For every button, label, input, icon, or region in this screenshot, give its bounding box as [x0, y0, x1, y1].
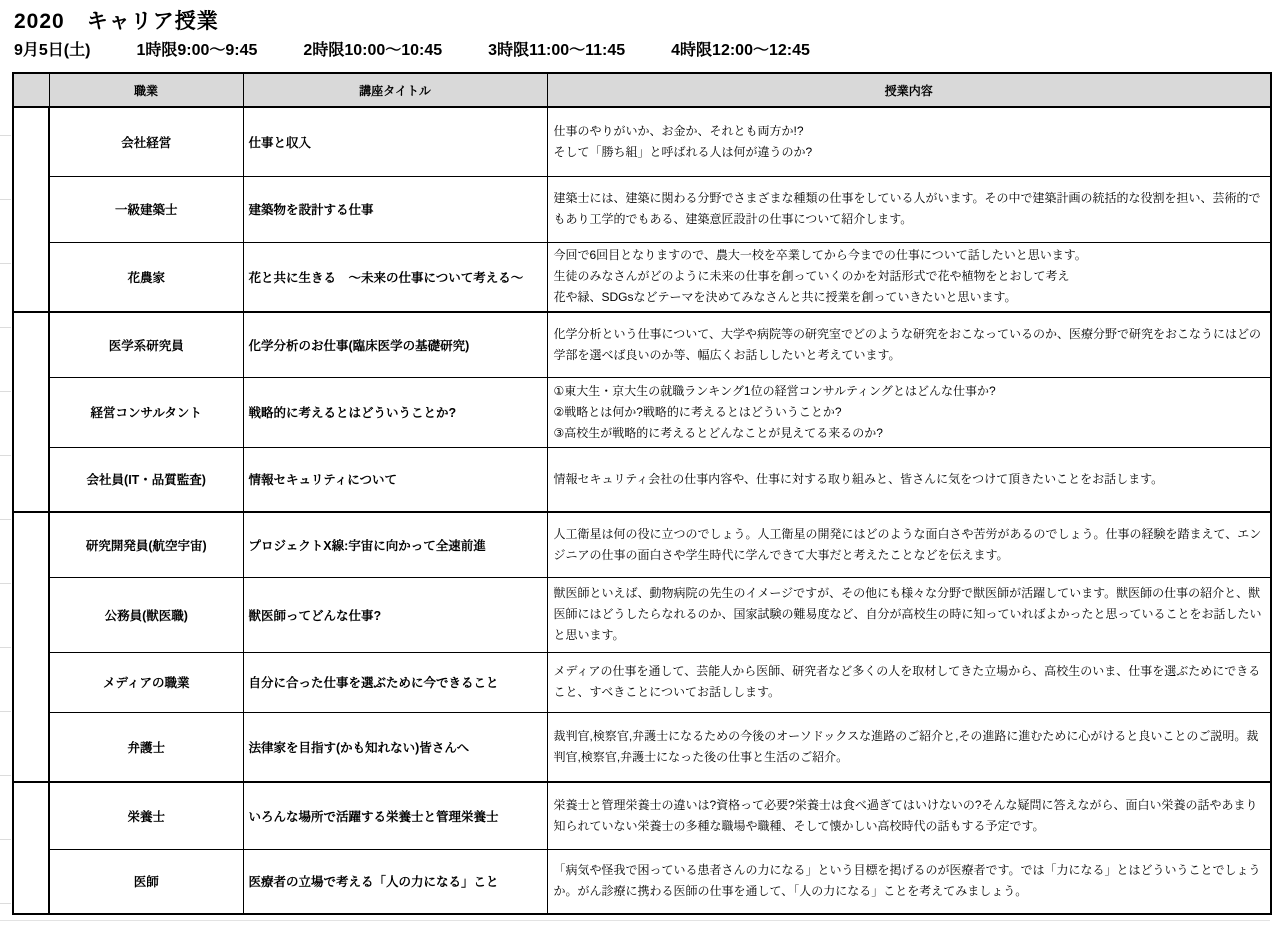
course-title-cell: 化学分析のお仕事(臨床医学の基礎研究) — [243, 312, 547, 377]
career-class-schedule-table: 職業 講座タイトル 授業内容 会社経営 仕事と収入 仕事のやりがいか、お金か、そ… — [12, 72, 1272, 915]
date-periods-line: 9月5日(土) 1時限9:00～9:45 2時限10:00～10:45 3時限1… — [14, 37, 810, 60]
table-row: 弁護士 法律家を目指す(かも知れない)皆さんへ 裁判官,検察官,弁護士になるため… — [13, 712, 1271, 782]
sheet-bottom-gridline — [0, 920, 1270, 921]
table-row: 栄養士 いろんな場所で活躍する栄養士と管理栄養士 栄養士と管理栄養士の違いは?資… — [13, 782, 1271, 849]
occupation-cell: 会社経営 — [49, 107, 243, 176]
content-cell: 人工衛星は何の役に立つのでしょう。人工衛星の開発にはどのような面白さや苦労がある… — [547, 512, 1271, 577]
table-row: 会社員(IT・品質監査) 情報セキュリティについて 情報セキュリティ会社の仕事内… — [13, 447, 1271, 512]
period-2-label: 2時限10:00～10:45 — [303, 37, 442, 60]
course-title-cell: 戦略的に考えるとはどういうことか? — [243, 377, 547, 447]
content-cell: 栄養士と管理栄養士の違いは?資格って必要?栄養士は食べ過ぎてはいけないの?そんな… — [547, 782, 1271, 849]
content-cell: メディアの仕事を通して、芸能人から医師、研究者など多くの人を取材してきた立場から… — [547, 652, 1271, 712]
period-group-cell — [13, 782, 49, 914]
table-row: 研究開発員(航空宇宙) プロジェクトX線:宇宙に向かって全速前進 人工衛星は何の… — [13, 512, 1271, 577]
content-cell: 建築士には、建築に関わる分野でさまざまな種類の仕事をしている人がいます。その中で… — [547, 176, 1271, 242]
period-column-header — [13, 73, 49, 107]
content-cell: 今回で6回目となりますので、農大一校を卒業してから今までの仕事について話したいと… — [547, 242, 1271, 312]
period-group-cell — [13, 312, 49, 512]
content-cell: 「病気や怪我で困っている患者さんの力になる」という目標を掲げるのが医療者です。で… — [547, 849, 1271, 914]
table-row: 花農家 花と共に生きる ～未来の仕事について考える～ 今回で6回目となりますので… — [13, 242, 1271, 312]
sheet-margin-gridlines — [0, 72, 11, 910]
period-group-cell — [13, 107, 49, 312]
occupation-column-header: 職業 — [49, 73, 243, 107]
table-row: 一級建築士 建築物を設計する仕事 建築士には、建築に関わる分野でさまざまな種類の… — [13, 176, 1271, 242]
occupation-cell: 栄養士 — [49, 782, 243, 849]
occupation-cell: メディアの職業 — [49, 652, 243, 712]
content-cell: 獣医師といえば、動物病院の先生のイメージですが、その他にも様々な分野で獣医師が活… — [547, 577, 1271, 652]
course-title-cell: 医療者の立場で考える「人の力になる」こと — [243, 849, 547, 914]
occupation-cell: 一級建築士 — [49, 176, 243, 242]
table-row: メディアの職業 自分に合った仕事を選ぶために今できること メディアの仕事を通して… — [13, 652, 1271, 712]
content-cell: 仕事のやりがいか、お金か、それとも両方か!? そして「勝ち組」と呼ばれる人は何が… — [547, 107, 1271, 176]
period-1-label: 1時限9:00～9:45 — [136, 37, 257, 60]
period-4-label: 4時限12:00～12:45 — [671, 37, 810, 60]
course-title-cell: 自分に合った仕事を選ぶために今できること — [243, 652, 547, 712]
period-group-cell — [13, 512, 49, 782]
course-title-cell: 法律家を目指す(かも知れない)皆さんへ — [243, 712, 547, 782]
course-title-cell: 花と共に生きる ～未来の仕事について考える～ — [243, 242, 547, 312]
occupation-cell: 会社員(IT・品質監査) — [49, 447, 243, 512]
content-cell: 化学分析という仕事について、大学や病院等の研究室でどのような研究をおこなっている… — [547, 312, 1271, 377]
table-row: 経営コンサルタント 戦略的に考えるとはどういうことか? ①東大生・京大生の就職ラ… — [13, 377, 1271, 447]
content-cell: 裁判官,検察官,弁護士になるための今後のオーソドックスな進路のご紹介と,その進路… — [547, 712, 1271, 782]
course-title-cell: 情報セキュリティについて — [243, 447, 547, 512]
occupation-cell: 医師 — [49, 849, 243, 914]
occupation-cell: 医学系研究員 — [49, 312, 243, 377]
occupation-cell: 公務員(獣医職) — [49, 577, 243, 652]
occupation-cell: 経営コンサルタント — [49, 377, 243, 447]
date-label: 9月5日(土) — [14, 37, 90, 60]
course-title-cell: プロジェクトX線:宇宙に向かって全速前進 — [243, 512, 547, 577]
occupation-cell: 弁護士 — [49, 712, 243, 782]
table-row: 医師 医療者の立場で考える「人の力になる」こと 「病気や怪我で困っている患者さん… — [13, 849, 1271, 914]
table-header-row: 職業 講座タイトル 授業内容 — [13, 73, 1271, 107]
course-title-cell: 獣医師ってどんな仕事? — [243, 577, 547, 652]
table-row: 会社経営 仕事と収入 仕事のやりがいか、お金か、それとも両方か!? そして「勝ち… — [13, 107, 1271, 176]
table-row: 医学系研究員 化学分析のお仕事(臨床医学の基礎研究) 化学分析という仕事について… — [13, 312, 1271, 377]
content-column-header: 授業内容 — [547, 73, 1271, 107]
course-title-cell: いろんな場所で活躍する栄養士と管理栄養士 — [243, 782, 547, 849]
course-title-cell: 建築物を設計する仕事 — [243, 176, 547, 242]
content-cell: 情報セキュリティ会社の仕事内容や、仕事に対する取り組みと、皆さんに気をつけて頂き… — [547, 447, 1271, 512]
page-title: 2020 キャリア授業 — [14, 5, 219, 35]
table-row: 公務員(獣医職) 獣医師ってどんな仕事? 獣医師といえば、動物病院の先生のイメー… — [13, 577, 1271, 652]
course-title-cell: 仕事と収入 — [243, 107, 547, 176]
occupation-cell: 研究開発員(航空宇宙) — [49, 512, 243, 577]
period-3-label: 3時限11:00～11:45 — [488, 37, 625, 60]
occupation-cell: 花農家 — [49, 242, 243, 312]
content-cell: ①東大生・京大生の就職ランキング1位の経営コンサルティングとはどんな仕事か? ②… — [547, 377, 1271, 447]
course-title-column-header: 講座タイトル — [243, 73, 547, 107]
